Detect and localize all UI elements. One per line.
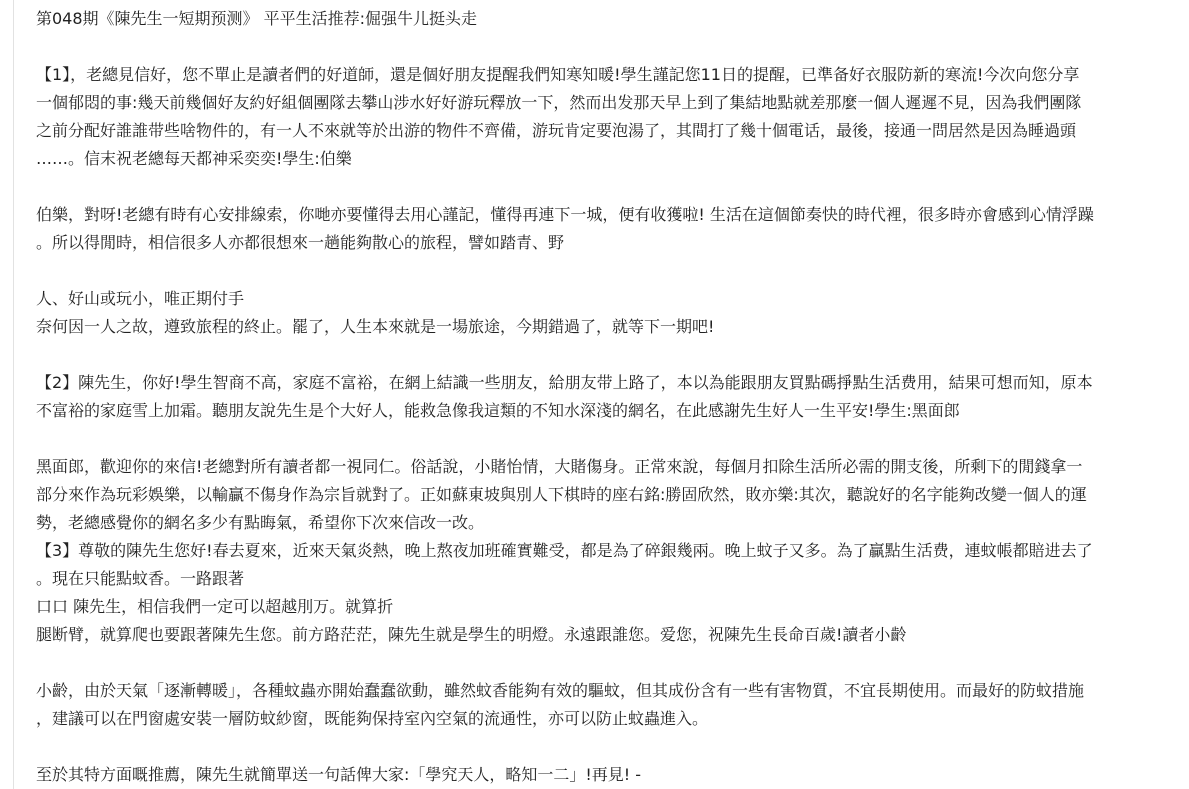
letter-3-line-3: 口口 陳先生，相信我們一定可以超越刖万。就算折 (36, 593, 1189, 621)
reply-1-line-4: 奈何因一人之故，遵致旅程的終止。罷了，人生本來就是一場旅途，今期錯過了，就等下一… (36, 313, 1189, 341)
letter-3-line-2: 。現在只能點蚊香。一路跟著 (36, 565, 1189, 593)
reply-3-line-2: ，建議可以在門窗處安裝一層防蚊紗窗，既能夠保持室內空氣的流通性，亦可以防止蚊蟲進… (36, 705, 1189, 733)
reply-1-line-3: 人、好山或玩小，唯正期付手 (36, 285, 1189, 313)
blank-line (36, 257, 1189, 285)
closing-line: 至於其特方面嘅推薦，陳先生就簡單送一句話俾大家:「學究天人，略知一二」!再見! … (36, 761, 1189, 789)
reply-3-line-1: 小齡，由於天氣「逐漸轉暖」，各種蚊蟲亦開始蠢蠢欲動，雖然蚊香能夠有效的驅蚊，但其… (36, 677, 1189, 705)
letter-3-line-4: 腿断臂，就算爬也要跟著陳先生您。前方路茫茫，陳先生就是學生的明燈。永遠跟誰您。爱… (36, 621, 1189, 649)
document-page: 第048期《陳先生一短期预测》 平平生活推荐:倔强牛儿挺头走 【1】，老總見信好… (0, 0, 1189, 789)
blank-line (36, 649, 1189, 677)
reply-1-line-1: 伯樂，對呀!老總有時有心安排線索，你哋亦要懂得去用心謹記，懂得再連下一城，便有收… (36, 201, 1189, 229)
letter-2-line-2: 不富裕的家庭雪上加霜。聽朋友說先生是个大好人，能救急像我這類的不知水深淺的網名，… (36, 397, 1189, 425)
letter-1-line-3: 之前分配好誰誰带些啥物件的，有一人不來就等於出游的物件不齊備，游玩肯定要泡湯了，… (36, 117, 1189, 145)
letter-2-line-1: 【2】陳先生，你好!學生智商不高，家庭不富裕，在網上結識一些朋友，給朋友带上路了… (36, 369, 1189, 397)
blank-line (36, 733, 1189, 761)
letter-1-line-2: 一個郁悶的事:幾天前幾個好友約好組個團隊去攀山涉水好好游玩釋放一下，然而出发那天… (36, 89, 1189, 117)
document-body: 第048期《陳先生一短期预测》 平平生活推荐:倔强牛儿挺头走 【1】，老總見信好… (36, 5, 1189, 789)
blank-line (36, 341, 1189, 369)
reply-2-line-2: 部分來作為玩彩娛樂，以輸贏不傷身作為宗旨就對了。正如蘇東坡與別人下棋時的座右銘:… (36, 481, 1189, 509)
document-title: 第048期《陳先生一短期预测》 平平生活推荐:倔强牛儿挺头走 (36, 5, 1189, 33)
letter-3-line-1: 【3】尊敬的陳先生您好!春去夏來，近來天氣炎熱，晚上熬夜加班確實難受，都是為了碎… (36, 537, 1189, 565)
reply-1-line-2: 。所以得閒時，相信很多人亦都很想來一趟能夠散心的旅程，譬如踏青、野 (36, 229, 1189, 257)
blank-line (36, 33, 1189, 61)
blank-line (36, 173, 1189, 201)
letter-1-line-4: ……。信末祝老總每天都神采奕奕!學生:伯樂 (36, 145, 1189, 173)
letter-1-line-1: 【1】，老總見信好，您不單止是讀者們的好道師，還是個好朋友提醒我們知寒知暖!學生… (36, 61, 1189, 89)
blank-line (36, 425, 1189, 453)
reply-2-line-1: 黑面郎，歡迎你的來信!老總對所有讀者都一視同仁。俗話說，小賭怡情，大賭傷身。正常… (36, 453, 1189, 481)
reply-2-line-3: 勢，老總感覺你的網名多少有點晦氣，希望你下次來信改一改。 (36, 509, 1189, 537)
left-border-rule (13, 0, 14, 789)
